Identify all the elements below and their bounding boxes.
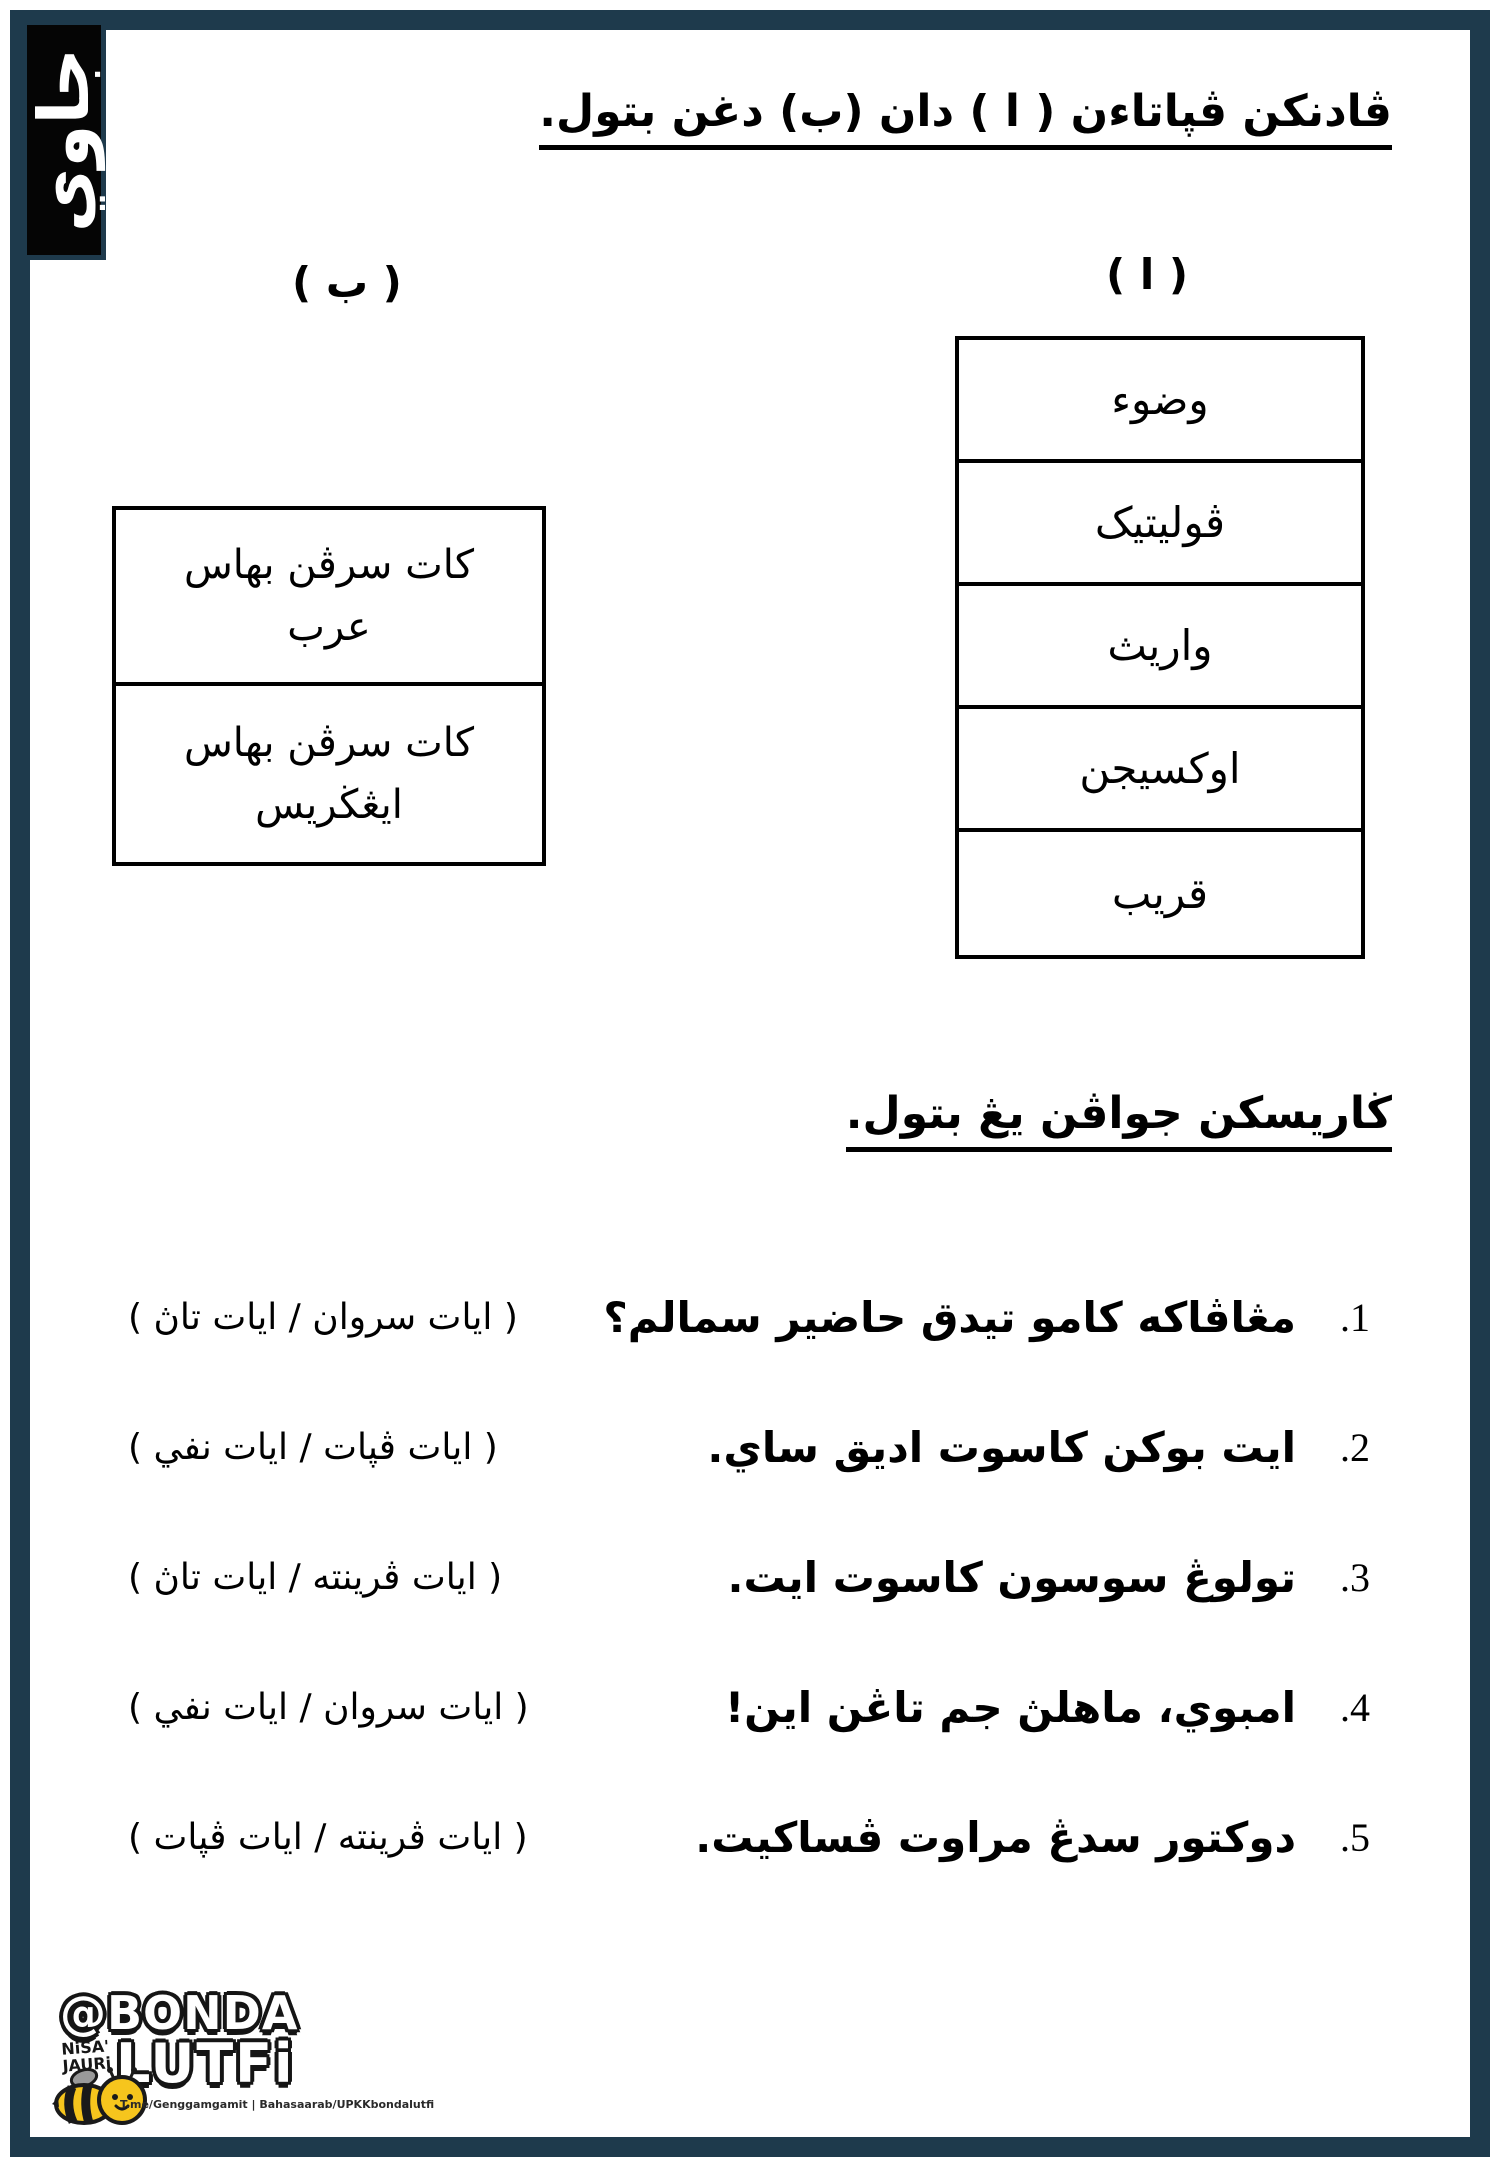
question-sentence: ايت بوكن كاسوت اديق ساي. bbox=[707, 1423, 1296, 1472]
column-a-table: وضوء ڤوليتيک واريث اوكسيجن قريب bbox=[955, 336, 1365, 959]
column-b-header: ( ب ) bbox=[292, 258, 402, 307]
column-b-cell-line2: ايڠڬريس bbox=[255, 774, 403, 836]
worksheet-page: جاوي ڤادنكن ڤڽاتاءن ( ا ) دان (ب) دغن بت… bbox=[0, 0, 1500, 2167]
column-b-cell: كات سرڤن بهاس عرب bbox=[116, 510, 542, 686]
underline-instruction: ڬاريسكن جواڤن يڠ بتول. bbox=[846, 1088, 1392, 1152]
question-sentence: دوكتور سدڠ مراوت ڤساكيت. bbox=[695, 1813, 1296, 1862]
column-b-cell: كات سرڤن بهاس ايڠڬريس bbox=[116, 686, 542, 862]
column-a-cell: قريب bbox=[959, 832, 1361, 955]
column-a-cell: اوكسيجن bbox=[959, 709, 1361, 832]
question-row: 5. دوكتور سدڠ مراوت ڤساكيت. ( ايات ڤرينت… bbox=[128, 1772, 1370, 1902]
question-options: ( ايات سروان / ايات نفي ) bbox=[128, 1687, 529, 1728]
column-b-cell-line2: عرب bbox=[287, 596, 371, 658]
question-row: 2. ايت بوكن كاسوت اديق ساي. ( ايات ڤڽات … bbox=[128, 1382, 1370, 1512]
question-number: 1. bbox=[1296, 1294, 1370, 1341]
question-row: 4. امبوي، ماهلڽ جم تاڠن اين! ( ايات سروا… bbox=[128, 1642, 1370, 1772]
bonda-lutfi-logo: @BONDA NiSA' JAURi LUTFi T.me/Genggamgam… bbox=[46, 1986, 356, 2156]
question-options: ( ايات ڤرينته / ايات تاڽ ) bbox=[128, 1557, 502, 1598]
question-row: 3. تولوڠ سوسون كاسوت ايت. ( ايات ڤرينته … bbox=[128, 1512, 1370, 1642]
jawi-corner-box: جاوي bbox=[22, 20, 106, 260]
question-list: 1. مڠاڤاكه كامو تيدق حاضير سمالم؟ ( ايات… bbox=[128, 1252, 1370, 1902]
question-number: 4. bbox=[1296, 1684, 1370, 1731]
question-sentence: مڠاڤاكه كامو تيدق حاضير سمالم؟ bbox=[603, 1293, 1296, 1342]
question-options: ( ايات سروان / ايات تاڽ ) bbox=[128, 1297, 518, 1338]
question-number: 5. bbox=[1296, 1814, 1370, 1861]
column-a-header: ( ا ) bbox=[1106, 250, 1188, 299]
matching-instruction: ڤادنكن ڤڽاتاءن ( ا ) دان (ب) دغن بتول. bbox=[539, 86, 1392, 150]
matching-instruction-text: ڤادنكن ڤڽاتاءن ( ا ) دان (ب) دغن بتول. bbox=[539, 86, 1392, 150]
question-number: 2. bbox=[1296, 1424, 1370, 1471]
underline-instruction-text: ڬاريسكن جواڤن يڠ بتول. bbox=[846, 1088, 1392, 1152]
column-a-cell: ڤوليتيک bbox=[959, 463, 1361, 586]
column-a-cell: وضوء bbox=[959, 340, 1361, 463]
jawi-corner-label: جاوي bbox=[23, 48, 105, 232]
column-a-cell: واريث bbox=[959, 586, 1361, 709]
question-sentence: امبوي، ماهلڽ جم تاڠن اين! bbox=[725, 1683, 1296, 1732]
logo-caption: T.me/Genggamgamit | Bahasaarab/UPKKbonda… bbox=[120, 2098, 434, 2111]
column-b-cell-line1: كات سرڤن بهاس bbox=[184, 534, 474, 596]
question-row: 1. مڠاڤاكه كامو تيدق حاضير سمالم؟ ( ايات… bbox=[128, 1252, 1370, 1382]
question-sentence: تولوڠ سوسون كاسوت ايت. bbox=[728, 1553, 1297, 1602]
column-b-cell-line1: كات سرڤن بهاس bbox=[184, 712, 474, 774]
question-options: ( ايات ڤڽات / ايات نفي ) bbox=[128, 1427, 498, 1468]
question-options: ( ايات ڤرينته / ايات ڤڽات ) bbox=[128, 1817, 528, 1858]
column-b-table: كات سرڤن بهاس عرب كات سرڤن بهاس ايڠڬريس bbox=[112, 506, 546, 866]
question-number: 3. bbox=[1296, 1554, 1370, 1601]
